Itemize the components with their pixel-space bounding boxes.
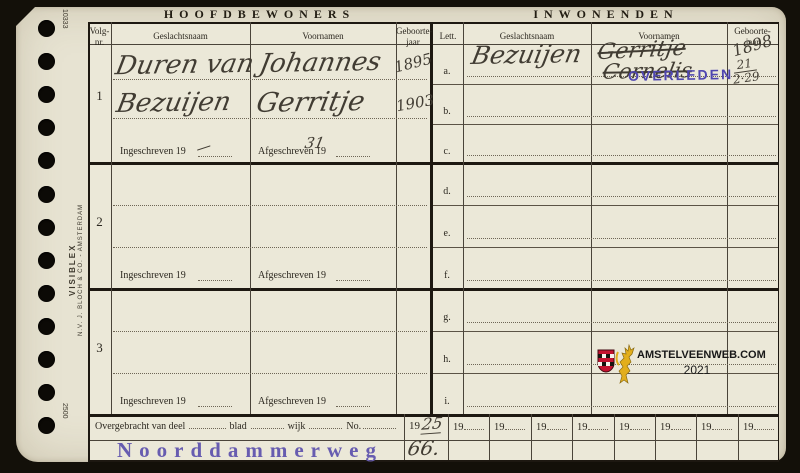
punch-hole <box>38 384 55 401</box>
section-number-2: 2 <box>88 214 111 230</box>
rule <box>614 414 615 460</box>
dotted-leader <box>363 420 396 429</box>
right-table-title: INWONENDEN <box>433 7 779 22</box>
writing-line <box>467 155 776 156</box>
rule <box>738 414 739 460</box>
year-cell-label: 19 <box>577 422 588 433</box>
year-cell-label: 19 <box>660 422 671 433</box>
rule <box>88 22 779 24</box>
rule <box>778 22 780 460</box>
writing-line <box>113 373 427 374</box>
rule <box>448 414 449 460</box>
overleden-stamp: OVERLEDEN <box>628 66 733 84</box>
watermark-year: 2021 <box>637 363 757 377</box>
year-cell-label: 19 <box>701 422 712 433</box>
punch-hole <box>38 219 55 236</box>
dotted-leader <box>198 397 232 407</box>
year-cell-label: 19 <box>494 422 505 433</box>
house-number: 66. <box>406 436 443 461</box>
rule <box>591 22 592 414</box>
writing-line <box>467 196 776 197</box>
punch-hole <box>38 285 55 302</box>
dotted-leader <box>336 147 370 157</box>
year-cell: 19 <box>453 420 484 433</box>
afgeschreven-label: Afgeschreven 19 <box>258 270 326 281</box>
entry-firstnames: Johannes <box>257 47 384 79</box>
rule <box>572 414 573 460</box>
row-letter: c. <box>433 146 461 157</box>
amstelveen-shield-icon <box>597 349 615 373</box>
header-lett: Lett. <box>433 31 463 42</box>
dotted-leader <box>198 271 232 281</box>
maker-brand: VISIBLEX <box>68 244 77 296</box>
section-number-1: 1 <box>88 88 111 104</box>
watermark-site: AMSTELVEENWEB.COM <box>637 349 766 361</box>
afgeschreven-label: Afgeschreven 19 <box>258 396 326 407</box>
card-serial-top: 10333 <box>61 9 68 28</box>
section-number-3: 3 <box>88 340 111 356</box>
dotted-leader <box>712 420 732 430</box>
dotted-leader <box>189 420 225 429</box>
dotted-leader <box>630 420 650 430</box>
writing-line <box>467 280 776 281</box>
header-volgnr: Volg- nr. <box>88 26 111 48</box>
rule <box>463 22 464 414</box>
entry-surname: Duren van <box>113 49 257 81</box>
header-firstnames-left: Voornamen <box>250 31 396 42</box>
punch-hole <box>38 186 55 203</box>
dotted-leader <box>464 420 484 430</box>
maker-company: N.V. J. BLOCH & CO. - AMSTERDAM <box>78 204 84 336</box>
writing-line <box>467 322 776 323</box>
row-letter: a. <box>433 66 461 77</box>
writing-line <box>113 247 427 248</box>
dotted-leader <box>588 420 608 430</box>
year-cell: 19 <box>577 420 608 433</box>
afgeschreven-value: 31 <box>303 134 326 152</box>
ingeschreven-label: Ingeschreven 19 <box>120 146 186 157</box>
writing-line <box>467 238 776 239</box>
header-surname-left: Geslachtsnaam <box>111 31 250 42</box>
ingeschreven-label: Ingeschreven 19 <box>120 270 186 281</box>
row-letter: f. <box>433 270 461 281</box>
year-cell: 19 <box>701 420 732 433</box>
rule <box>531 414 532 460</box>
no-label: No. <box>346 421 361 432</box>
dotted-leader <box>251 420 284 429</box>
year-cell: 19 <box>536 420 567 433</box>
row-letter: i. <box>433 396 461 407</box>
year-cell: 19 <box>660 420 691 433</box>
ingeschreven-label: Ingeschreven 19 <box>120 396 186 407</box>
punch-hole <box>38 318 55 335</box>
rule <box>88 162 779 165</box>
year-cell-label: 19 <box>536 422 547 433</box>
punch-hole <box>38 119 55 136</box>
inwoner-surname: Bezuijen <box>469 39 584 70</box>
year-handwritten: 25 <box>420 413 443 434</box>
rule <box>404 414 405 460</box>
rule <box>88 288 779 291</box>
entry-firstnames: Gerritje <box>254 86 368 119</box>
punch-hole <box>38 20 55 37</box>
dotted-leader <box>336 397 370 407</box>
year-cell-label: 19 <box>453 422 464 433</box>
year-prefix: 19 <box>409 420 420 432</box>
rule <box>396 22 397 414</box>
year-cell: 19 <box>743 420 774 433</box>
punch-hole <box>38 252 55 269</box>
dotted-leader <box>505 420 525 430</box>
transfer-label: Overgebracht van deel <box>95 421 185 432</box>
writing-line <box>113 331 427 332</box>
dotted-leader <box>547 420 567 430</box>
punch-hole <box>38 152 55 169</box>
year-cell: 19 <box>619 420 650 433</box>
year-cell-label: 19 <box>743 422 754 433</box>
year-cell: 19 <box>494 420 525 433</box>
entry-surname: Bezuijen <box>114 87 234 119</box>
rule <box>696 414 697 460</box>
row-letter: h. <box>433 354 461 365</box>
writing-line <box>467 116 776 117</box>
street-stamp: Noorddammerweg <box>100 438 400 463</box>
rule <box>655 414 656 460</box>
punch-hole <box>38 53 55 70</box>
blad-label: blad <box>230 421 247 432</box>
dotted-leader <box>754 420 774 430</box>
dotted-leader <box>336 271 370 281</box>
dotted-leader <box>309 420 342 429</box>
row-letter: b. <box>433 106 461 117</box>
writing-line <box>113 205 427 206</box>
left-table-title: HOOFDBEWONERS <box>88 7 431 22</box>
card-serial-bottom: 2500 <box>61 403 68 419</box>
row-letter: d. <box>433 186 461 197</box>
punch-hole <box>38 417 55 434</box>
writing-line <box>467 406 776 407</box>
rule <box>489 414 490 460</box>
punch-hole <box>38 86 55 103</box>
header-birthyear-left: Geboorte- jaar <box>396 26 430 48</box>
row-letter: g. <box>433 312 461 323</box>
transfer-row: Overgebracht van deel blad wijk No. <box>95 420 398 432</box>
punch-hole <box>38 351 55 368</box>
lion-rampant-icon <box>614 342 636 384</box>
death-date-note: 21 2·29 <box>730 56 760 87</box>
rule <box>250 22 251 414</box>
dotted-leader <box>671 420 691 430</box>
row-letter: e. <box>433 228 461 239</box>
wijk-label: wijk <box>288 421 306 432</box>
year-cell-label: 19 <box>619 422 630 433</box>
